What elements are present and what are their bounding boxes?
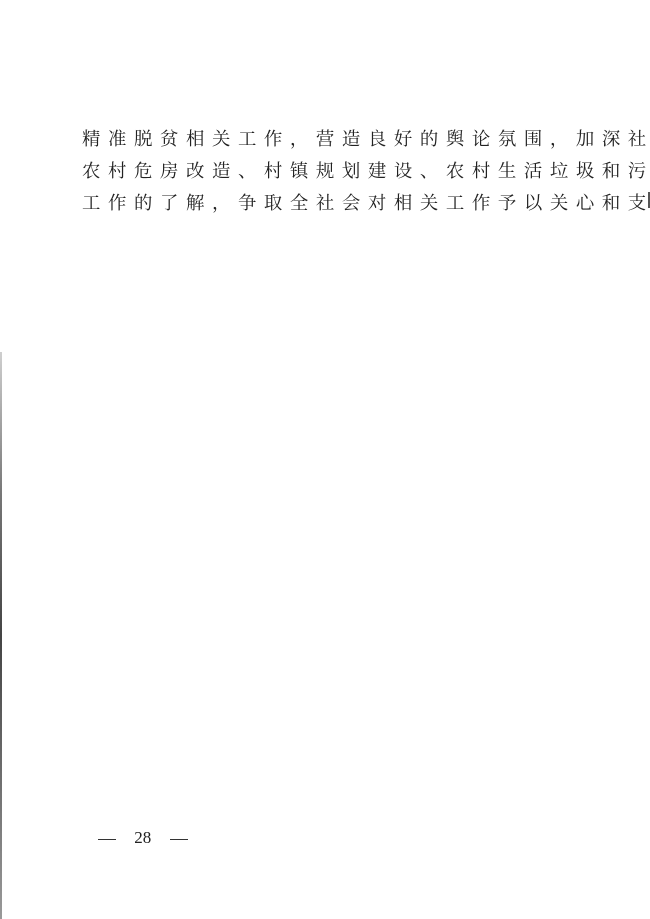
page-number-left-dash: [98, 839, 116, 840]
paragraph-line-1: 精准脱贫相关工作，营造良好的舆论氛围，加深社会各界对: [82, 124, 582, 156]
paragraph-line-2: 农村危房改造、村镇规划建设、农村生活垃圾和污水治理等: [82, 156, 582, 188]
paragraph-line-3: 工作的了解，争取全社会对相关工作予以关心和支持。: [82, 188, 582, 220]
scan-edge-mark-left: [0, 352, 2, 919]
page-number: 28: [134, 828, 151, 848]
body-paragraph: 精准脱贫相关工作，营造良好的舆论氛围，加深社会各界对 农村危房改造、村镇规划建设…: [82, 124, 582, 220]
page-number-right-dash: [170, 839, 188, 840]
page-number-footer: 28: [98, 828, 188, 848]
document-page: 精准脱贫相关工作，营造良好的舆论氛围，加深社会各界对 农村危房改造、村镇规划建设…: [0, 0, 650, 919]
